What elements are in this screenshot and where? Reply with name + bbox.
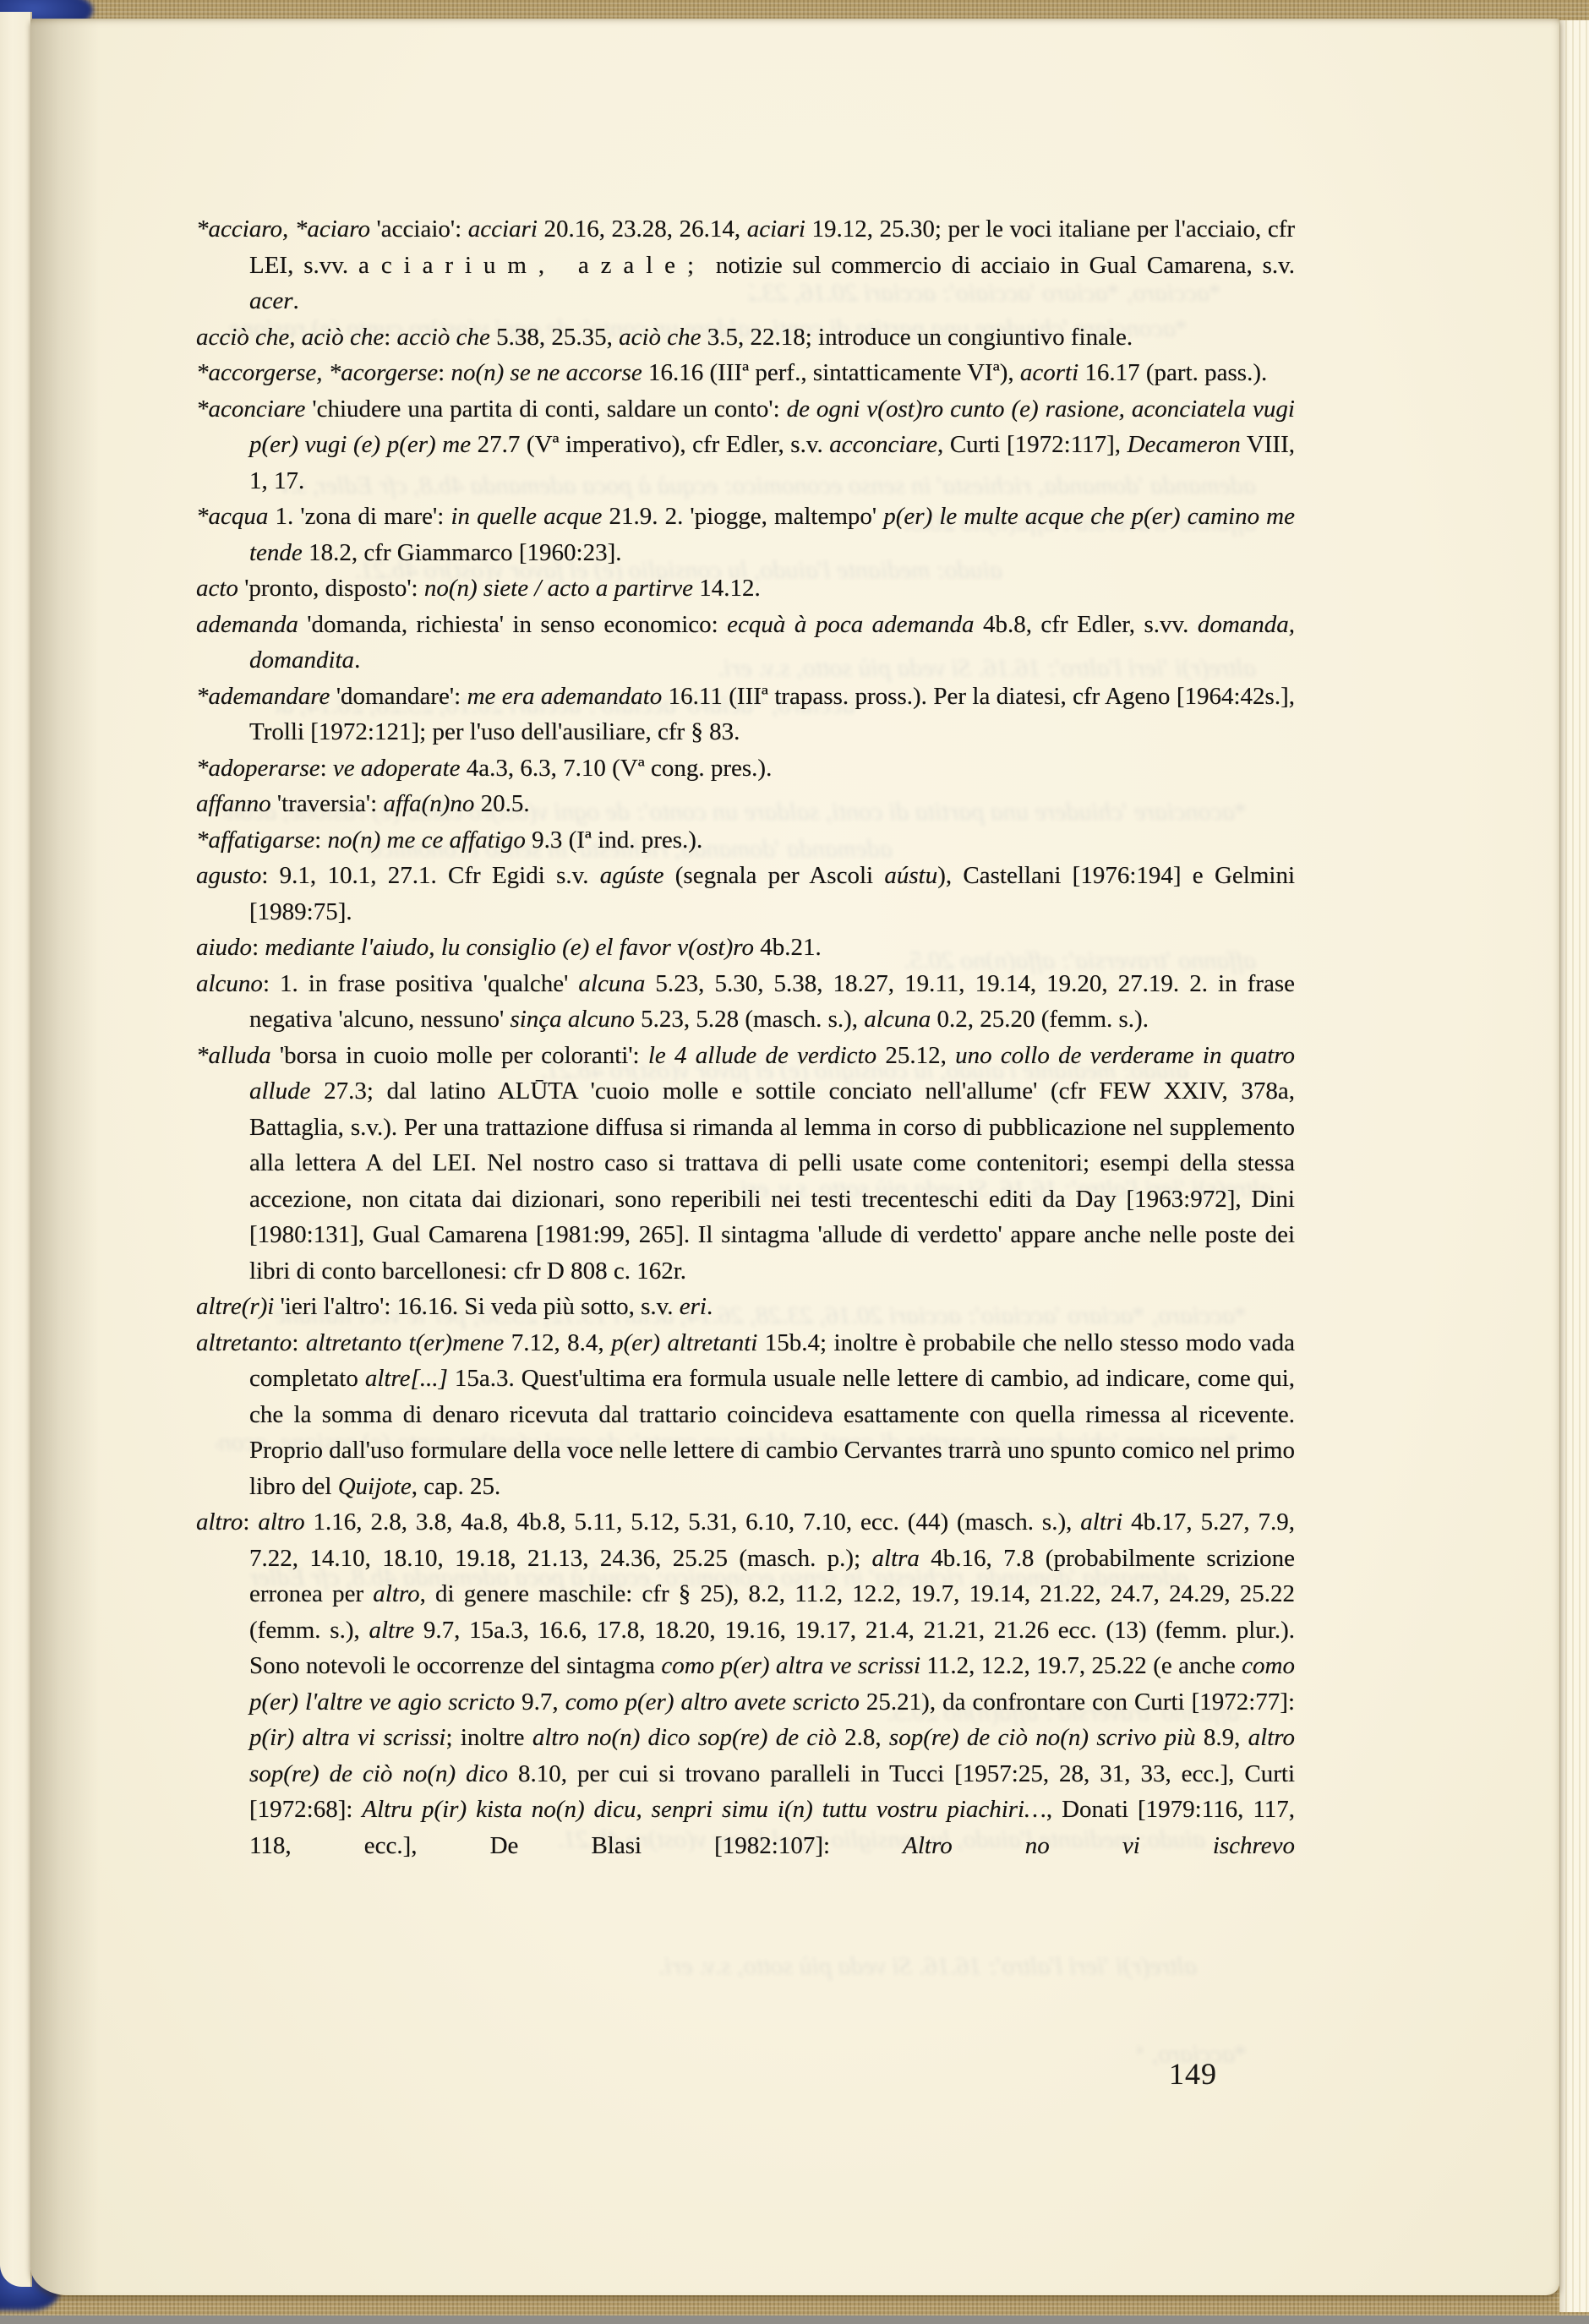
entry-text-segment: ademanda (196, 611, 298, 638)
entry-text-segment: como p(er) altra ve scrissi (661, 1652, 920, 1679)
entry-text-segment: altro (196, 1508, 243, 1536)
entry-text-segment: 'domandare': (330, 683, 467, 710)
entry-text-segment: 'chiudere una partita di conti, saldare … (305, 396, 786, 423)
entry-text-segment: ve adoperate (333, 755, 461, 782)
entry-text-segment: Decameron (1128, 431, 1241, 458)
entry-text-segment: no(n) me ce affatigo (327, 826, 525, 854)
entry-text-segment: eri (680, 1293, 707, 1320)
entry-text-segment: : (320, 755, 333, 782)
entry-text-segment: 9.7, (515, 1688, 565, 1716)
entry-text-segment: 'borsa in cuoio molle per coloranti': (271, 1042, 648, 1069)
entry-text-segment: 7.12, 8.4, (504, 1329, 611, 1356)
glossary-entry: altre(r)i 'ieri l'altro': 16.16. Si veda… (196, 1289, 1295, 1325)
entry-text-segment: altre[...] (365, 1365, 448, 1392)
entry-text-segment: no(n) siete / acto a partirve (424, 575, 693, 602)
entry-text-segment: 'traversia': (271, 790, 384, 817)
entry-text-segment: no(n) se ne accorse (450, 359, 642, 386)
entry-text-segment: : (438, 359, 450, 386)
entry-text-segment: 25.21), da confrontare con Curti [1972:7… (860, 1688, 1295, 1716)
entry-text-segment: 8.9, (1196, 1724, 1248, 1751)
gutter-shadow (30, 19, 108, 2295)
entry-text-segment: 9.3 (Iª ind. pres.). (526, 826, 702, 854)
entry-text-segment: *affatigarse (196, 826, 314, 854)
entry-text-segment: p(ir) altra vi scrissi (249, 1724, 445, 1751)
entry-text-segment: sop(re) de ciò no(n) scrivo più (889, 1724, 1196, 1751)
entry-text-segment: : (314, 826, 327, 854)
entry-text-segment: Quijote (338, 1473, 412, 1500)
entry-text-segment: *acqua (196, 503, 268, 530)
entry-text-segment: 27.7 (Vª imperativo), cfr Edler, s.v. (471, 431, 829, 458)
entry-text-segment: , Curti [1972:117], (937, 431, 1128, 458)
entry-text-segment: agusto (196, 862, 261, 889)
glossary-entry: affanno 'traversia': affa(n)no 20.5. (196, 786, 1295, 822)
entry-text-segment: 0.2, 25.20 (femm. s.). (931, 1006, 1149, 1033)
entry-text-segment: acconciare (829, 431, 937, 458)
glossary-entry: *ademandare 'domandare': me era ademanda… (196, 679, 1295, 750)
entry-text-segment: 1. 'zona di mare': (268, 503, 450, 530)
entry-text-segment: *acciaro, *aciaro (196, 215, 370, 243)
glossary-entry: *acciaro, *aciaro 'acciaio': acciari 20.… (196, 211, 1295, 319)
entry-text-segment: *aconciare (196, 396, 305, 423)
glossary-entry: altretanto: altretanto t(er)mene 7.12, 8… (196, 1325, 1295, 1505)
entry-text-segment: altro (258, 1508, 304, 1536)
entry-text-segment: 20.16, 23.28, 26.14, (538, 215, 747, 243)
entry-text-segment: 27.3; dal latino ALŪTA 'cuoio molle e so… (249, 1077, 1295, 1285)
entry-text-segment: 'acciaio': (370, 215, 468, 243)
entry-text-segment: ecquà à poca ademanda (727, 611, 974, 638)
entry-text-segment: 14.12. (693, 575, 761, 602)
entry-text-segment: : (292, 1329, 306, 1356)
glossary-text-block: *acciaro, *aciaro 'acciaio': acciari 20.… (196, 211, 1295, 1863)
entry-text-segment: 25.12, (876, 1042, 955, 1069)
entry-text-segment: 2.8, (837, 1724, 889, 1751)
glossary-entry: alcuno: 1. in frase positiva 'qualche' a… (196, 966, 1295, 1038)
entry-text-segment: 18.2, cfr Giammarco [1960:23]. (303, 539, 622, 566)
entry-text-segment: 1.16, 2.8, 3.8, 4a.8, 4b.8, 5.11, 5.12, … (305, 1508, 1081, 1536)
page-edges-left (0, 12, 32, 2287)
entry-text-segment: 5.23, 5.28 (masch. s.), (635, 1006, 864, 1033)
entry-text-segment: 4b.8, cfr Edler, s.vv. (975, 611, 1198, 638)
entry-text-segment: me era ademandato (467, 683, 663, 710)
entry-text-segment: 16.17 (part. pass.). (1078, 359, 1267, 386)
entry-text-segment: alcuno (196, 970, 263, 997)
entry-text-segment: altretanto (196, 1329, 292, 1356)
glossary-entry: *accorgerse, *acorgerse: no(n) se ne acc… (196, 355, 1295, 391)
entry-text-segment: agúste (600, 862, 664, 889)
entry-text-segment: le 4 allude de verdicto (648, 1042, 876, 1069)
glossary-entry: *alluda 'borsa in cuoio molle per colora… (196, 1038, 1295, 1290)
entry-text-segment: alcuna (578, 970, 645, 997)
book-page: *acciaro, *aciaro 'acciaio': acciari 20.… (30, 19, 1559, 2295)
entry-text-segment: ; inoltre (445, 1724, 532, 1751)
entry-text-segment: como p(er) altro avete scricto (565, 1688, 860, 1716)
entry-text-segment: alcuna (864, 1006, 931, 1033)
entry-text-segment: altro no(n) dico sop(re) de ciò (532, 1724, 837, 1751)
entry-text-segment: (segnala per Ascoli (663, 862, 884, 889)
glossary-entry: acciò che, aciò che: acciò che 5.38, 25.… (196, 319, 1295, 356)
entry-text-segment: , cap. 25. (412, 1473, 501, 1500)
bleedthrough-text: altre(r)i 'ieri l'altro': 16.16. Si veda… (216, 1952, 1197, 1986)
book-scan: *acciaro, *aciaro 'acciaio': acciari 20.… (0, 0, 1589, 2324)
entry-text-segment: affa(n)no (383, 790, 474, 817)
glossary-entry: *aconciare 'chiudere una partita di cont… (196, 391, 1295, 499)
entry-text-segment: 11.2, 12.2, 19.7, 25.22 (e anche (920, 1652, 1242, 1679)
entry-text-segment: Altru p(ir) kista no(n) dicu, senpri sim… (362, 1796, 1046, 1823)
entry-text-segment: . (293, 287, 299, 314)
entry-text-segment: altro (373, 1580, 419, 1607)
entry-text-segment: aciari (747, 215, 805, 243)
entry-text-segment: in quelle acque (450, 503, 602, 530)
entry-text-segment: 5.38, 25.35, (490, 324, 619, 351)
glossary-entry: ademanda 'domanda, richiesta' in senso e… (196, 607, 1295, 679)
entry-text-segment: acciò che, aciò che (196, 324, 384, 351)
entry-text-segment: 3.5, 22.18; introduce un congiuntivo fin… (702, 324, 1133, 351)
entry-text-segment: Altro no vi ischrevo (903, 1832, 1295, 1859)
entry-text-segment: altre (369, 1617, 414, 1644)
entry-text-segment: aciarium, azale; (358, 252, 706, 279)
entry-text-segment: *alluda (196, 1042, 271, 1069)
entry-text-segment: 16.16 (IIIª perf., sintatticamente VIª), (642, 359, 1020, 386)
entry-text-segment: altra (872, 1545, 920, 1572)
entry-text-segment: 4b.21. (754, 934, 822, 961)
entry-text-segment: mediante l'aiudo, lu consiglio (e) el fa… (265, 934, 754, 961)
entry-text-segment: : 1. in frase positiva 'qualche' (263, 970, 578, 997)
glossary-entry: *affatigarse: no(n) me ce affatigo 9.3 (… (196, 822, 1295, 859)
page-edges-right (1559, 20, 1589, 2312)
entry-text-segment: . (354, 646, 360, 674)
entry-text-segment: 'ieri l'altro': 16.16. Si veda più sotto… (274, 1293, 679, 1320)
entry-text-segment: : 9.1, 10.1, 27.1. Cfr Egidi s.v. (261, 862, 599, 889)
entry-text-segment: p(er) altretanti (611, 1329, 757, 1356)
entry-text-segment: altre(r)i (196, 1293, 274, 1320)
entry-text-segment: altretanto t(er)mene (306, 1329, 504, 1356)
glossary-entry: agusto: 9.1, 10.1, 27.1. Cfr Egidi s.v. … (196, 858, 1295, 930)
entry-text-segment: aiudo (196, 934, 252, 961)
entry-text-segment: 'pronto, disposto': (238, 575, 424, 602)
entry-text-segment: altri (1080, 1508, 1122, 1536)
glossary-entry: *adoperarse: ve adoperate 4a.3, 6.3, 7.1… (196, 750, 1295, 787)
entry-text-segment: *accorgerse, *acorgerse (196, 359, 438, 386)
entry-text-segment: : (252, 934, 265, 961)
entry-text-segment: affanno (196, 790, 271, 817)
glossary-entry: *acqua 1. 'zona di mare': in quelle acqu… (196, 499, 1295, 570)
entry-text-segment: 21.9. 2. 'piogge, maltempo' (602, 503, 883, 530)
entry-text-segment: aústu (884, 862, 937, 889)
entry-text-segment: *adoperarse (196, 755, 320, 782)
entry-text-segment: 4a.3, 6.3, 7.10 (Vª cong. pres.). (461, 755, 773, 782)
entry-text-segment: 20.5. (474, 790, 529, 817)
entry-text-segment: *ademandare (196, 683, 330, 710)
glossary-entry: altro: altro 1.16, 2.8, 3.8, 4a.8, 4b.8,… (196, 1504, 1295, 1863)
glossary-entry: aiudo: mediante l'aiudo, lu consiglio (e… (196, 930, 1295, 966)
entry-text-segment: sinça alcuno (510, 1006, 634, 1033)
entry-text-segment: : (384, 324, 396, 351)
entry-text-segment: acciò che (397, 324, 490, 351)
entry-text-segment: acciari (468, 215, 538, 243)
entry-text-segment: 'domanda, richiesta' in senso economico: (298, 611, 727, 638)
entry-text-segment: aciò che (619, 324, 701, 351)
entry-text-segment: acorti (1020, 359, 1078, 386)
entry-text-segment: acto (196, 575, 238, 602)
entry-text-segment: acer (249, 287, 293, 314)
entry-text-segment: . (707, 1293, 713, 1320)
entry-text-segment: notizie sul commercio di acciaio in Gual… (706, 252, 1295, 279)
page-number: 149 (1169, 2056, 1217, 2092)
glossary-entry: acto 'pronto, disposto': no(n) siete / a… (196, 570, 1295, 607)
entry-text-segment: : (243, 1508, 258, 1536)
